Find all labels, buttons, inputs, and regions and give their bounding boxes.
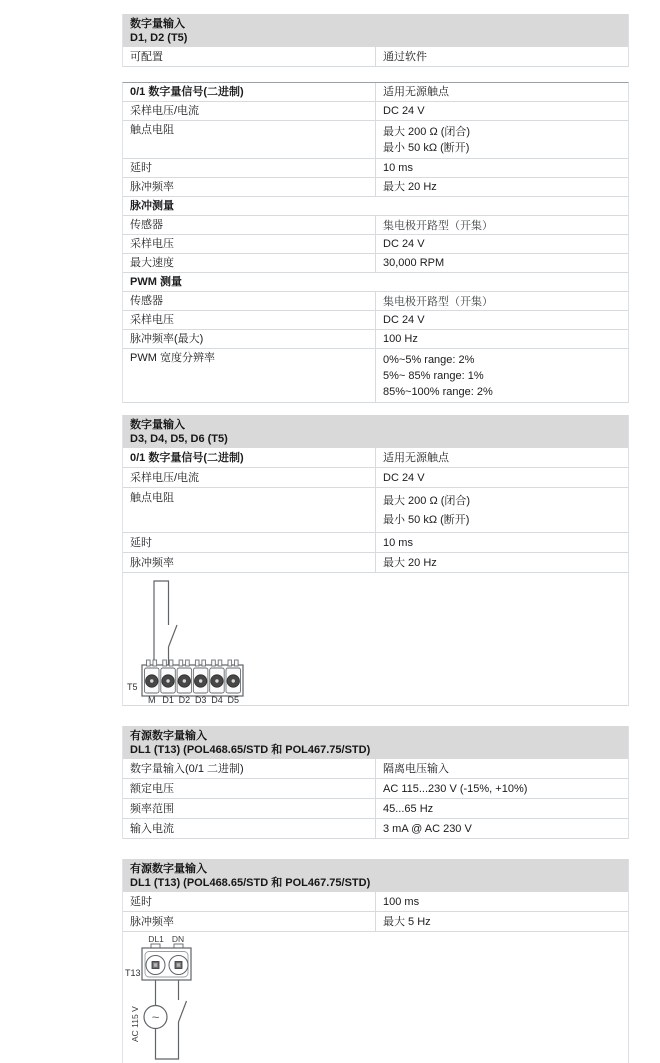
spec-table-active-digital-input-specs: 有源数字量输入DL1 (T13) (POL468.65/STD 和 POL467…	[122, 726, 629, 839]
pin-label-dn: DN	[172, 934, 184, 944]
row-label: 输入电流	[123, 819, 375, 838]
row-value: 集电极开路型（开集）	[375, 292, 628, 310]
row-value: 适用无源触点	[375, 448, 628, 467]
row-label: 脉冲频率	[123, 912, 375, 931]
table-title: 数字量输入	[130, 17, 621, 31]
value-line: 最大 20 Hz	[383, 181, 621, 194]
pin-label-d4: D4	[211, 695, 223, 705]
row-label: 延时	[123, 533, 375, 552]
row-label: 采样电压/电流	[123, 102, 375, 120]
value-line: 30,000 RPM	[383, 257, 621, 270]
t13-wiring-diagram: DL1 DN T13 ~ AC 115 V	[123, 932, 628, 1063]
row-label: 脉冲频率	[123, 553, 375, 572]
section-label: 脉冲测量	[123, 197, 628, 215]
section-label: PWM 测量	[123, 273, 628, 291]
row-value: 3 mA @ AC 230 V	[375, 819, 628, 838]
value-line: AC 115...230 V (-15%, +10%)	[383, 783, 621, 796]
row-value: 0%~5% range: 2%5%~ 85% range: 1%85%~100%…	[375, 349, 628, 402]
row-label: 延时	[123, 159, 375, 177]
value-line: 3 mA @ AC 230 V	[383, 823, 621, 836]
row-value: 45...65 Hz	[375, 799, 628, 818]
row-value: 10 ms	[375, 159, 628, 177]
pin-label-d3: D3	[195, 695, 207, 705]
table-row: PWM 宽度分辨率0%~5% range: 2%5%~ 85% range: 1…	[123, 349, 628, 403]
row-label: 传感器	[123, 216, 375, 234]
value-line: 集电极开路型（开集）	[383, 219, 621, 232]
table-row: 最大速度30,000 RPM	[123, 254, 628, 273]
table-row: 传感器集电极开路型（开集）	[123, 216, 628, 235]
t13-connector-label: T13	[125, 968, 141, 978]
table-row: 采样电压DC 24 V	[123, 235, 628, 254]
value-line: DC 24 V	[383, 238, 621, 251]
table-header: 数字量输入D1, D2 (T5)	[123, 14, 628, 47]
switch-contact-icon	[179, 1001, 187, 1022]
row-label: 可配置	[123, 47, 375, 66]
diagram-row-t13: DL1 DN T13 ~ AC 115 V	[123, 932, 628, 1063]
row-value: 100 ms	[375, 892, 628, 911]
table-row: 脉冲频率最大 20 Hz	[123, 178, 628, 197]
table-title: 有源数字量输入	[130, 729, 621, 743]
section-row: PWM 测量	[123, 273, 628, 292]
row-value: DC 24 V	[375, 468, 628, 487]
pin-label-d5: D5	[228, 695, 240, 705]
t5-connector-label: T5	[127, 682, 138, 692]
spec-table-digital-signal-binary: 0/1 数字量信号(二进制)适用无源触点采样电压/电流DC 24 V触点电阻最大…	[122, 82, 629, 403]
value-line: 通过软件	[383, 51, 621, 64]
value-line: 最大 20 Hz	[383, 557, 621, 570]
value-line: DC 24 V	[383, 105, 621, 118]
value-line: 最小 50 kΩ (断开)	[383, 140, 621, 156]
row-label: 脉冲频率	[123, 178, 375, 196]
row-value: 最大 20 Hz	[375, 178, 628, 196]
table-row: 频率范围45...65 Hz	[123, 799, 628, 819]
value-line: 最大 200 Ω (闭合)	[383, 124, 621, 140]
row-value: 30,000 RPM	[375, 254, 628, 272]
value-line: 隔离电压输入	[383, 763, 621, 776]
table-row: 传感器集电极开路型（开集）	[123, 292, 628, 311]
value-line: 最大 5 Hz	[383, 916, 621, 929]
table-row: 触点电阻最大 200 Ω (闭合)最小 50 kΩ (断开)	[123, 488, 628, 533]
row-label: 频率范围	[123, 799, 375, 818]
table-subtitle: DL1 (T13) (POL468.65/STD 和 POL467.75/STD…	[130, 743, 621, 757]
table-row: 额定电压AC 115...230 V (-15%, +10%)	[123, 779, 628, 799]
table-subtitle: DL1 (T13) (POL468.65/STD 和 POL467.75/STD…	[130, 876, 621, 890]
value-line: 5%~ 85% range: 1%	[383, 368, 621, 384]
table-row: 采样电压DC 24 V	[123, 311, 628, 330]
row-label: 延时	[123, 892, 375, 911]
row-value: 适用无源触点	[375, 83, 628, 101]
row-value: AC 115...230 V (-15%, +10%)	[375, 779, 628, 798]
row-label: 最大速度	[123, 254, 375, 272]
table-row: 0/1 数字量信号(二进制)适用无源触点	[123, 83, 628, 102]
ac-sine-symbol: ~	[152, 1010, 160, 1025]
table-row: 采样电压/电流DC 24 V	[123, 102, 628, 121]
spec-table-digital-input-d3-d6: 数字量输入D3, D4, D5, D6 (T5)0/1 数字量信号(二进制)适用…	[122, 415, 629, 706]
table-header: 数字量输入D3, D4, D5, D6 (T5)	[123, 415, 628, 448]
row-label: 传感器	[123, 292, 375, 310]
value-line: 100 Hz	[383, 333, 621, 346]
row-value: 最大 20 Hz	[375, 553, 628, 572]
row-value: DC 24 V	[375, 235, 628, 253]
table-row: 触点电阻最大 200 Ω (闭合)最小 50 kΩ (断开)	[123, 121, 628, 159]
row-label: 采样电压/电流	[123, 468, 375, 487]
value-line: 10 ms	[383, 537, 621, 550]
pin-label-d1: D1	[162, 695, 174, 705]
table-subtitle: D3, D4, D5, D6 (T5)	[130, 432, 621, 446]
table-row: 延时100 ms	[123, 892, 628, 912]
switch-contact-icon	[169, 625, 178, 647]
row-value: 最大 200 Ω (闭合)最小 50 kΩ (断开)	[375, 488, 628, 532]
value-line: 集电极开路型（开集）	[383, 295, 621, 308]
pin-label-m: M	[148, 695, 156, 705]
spec-tables: 数字量输入D1, D2 (T5)可配置通过软件0/1 数字量信号(二进制)适用无…	[122, 14, 660, 1063]
value-line: 最小 50 kΩ (断开)	[383, 511, 621, 530]
row-label: PWM 宽度分辨率	[123, 349, 375, 402]
table-row: 延时10 ms	[123, 533, 628, 553]
table-row: 脉冲频率(最大)100 Hz	[123, 330, 628, 349]
row-value: 10 ms	[375, 533, 628, 552]
datasheet-page: 数字量输入D1, D2 (T5)可配置通过软件0/1 数字量信号(二进制)适用无…	[0, 0, 660, 1063]
row-label: 额定电压	[123, 779, 375, 798]
row-label: 数字量输入(0/1 二进制)	[123, 759, 375, 778]
row-label: 采样电压	[123, 235, 375, 253]
t13-connector	[142, 944, 191, 980]
row-label: 0/1 数字量信号(二进制)	[123, 83, 375, 101]
value-line: 适用无源触点	[383, 86, 621, 99]
section-row: 脉冲测量	[123, 197, 628, 216]
ac-supply-circuit-wires	[144, 980, 187, 1059]
row-value: 隔离电压输入	[375, 759, 628, 778]
value-line: DC 24 V	[383, 314, 621, 327]
row-value: DC 24 V	[375, 102, 628, 120]
table-header: 有源数字量输入DL1 (T13) (POL468.65/STD 和 POL467…	[123, 859, 628, 892]
table-row: 数字量输入(0/1 二进制)隔离电压输入	[123, 759, 628, 779]
row-value: DC 24 V	[375, 311, 628, 329]
table-header: 有源数字量输入DL1 (T13) (POL468.65/STD 和 POL467…	[123, 726, 628, 759]
row-value: 通过软件	[375, 47, 628, 66]
value-line: 85%~100% range: 2%	[383, 384, 621, 400]
table-subtitle: D1, D2 (T5)	[130, 31, 621, 45]
value-line: 100 ms	[383, 896, 621, 909]
row-label: 脉冲频率(最大)	[123, 330, 375, 348]
table-row: 脉冲频率最大 5 Hz	[123, 912, 628, 932]
table-row: 脉冲频率最大 20 Hz	[123, 553, 628, 573]
table-row: 0/1 数字量信号(二进制)适用无源触点	[123, 448, 628, 468]
value-line: DC 24 V	[383, 472, 621, 485]
value-line: 最大 200 Ω (闭合)	[383, 492, 621, 511]
volt-free-contact-wires	[154, 581, 177, 666]
t5-connector	[142, 660, 243, 696]
row-value: 100 Hz	[375, 330, 628, 348]
table-row: 采样电压/电流DC 24 V	[123, 468, 628, 488]
value-line: 0%~5% range: 2%	[383, 352, 621, 368]
pin-label-d2: D2	[179, 695, 191, 705]
spec-table-digital-input-d1-d2: 数字量输入D1, D2 (T5)可配置通过软件	[122, 14, 629, 67]
table-title: 有源数字量输入	[130, 862, 621, 876]
value-line: 45...65 Hz	[383, 803, 621, 816]
table-title: 数字量输入	[130, 418, 621, 432]
row-label: 触点电阻	[123, 121, 375, 158]
row-label: 采样电压	[123, 311, 375, 329]
row-value: 最大 5 Hz	[375, 912, 628, 931]
table-row: 可配置通过软件	[123, 47, 628, 67]
row-label: 触点电阻	[123, 488, 375, 532]
ac-voltage-label: AC 115 V	[130, 1006, 140, 1042]
table-row: 输入电流3 mA @ AC 230 V	[123, 819, 628, 839]
table-row: 延时10 ms	[123, 159, 628, 178]
spec-table-active-digital-input-timing: 有源数字量输入DL1 (T13) (POL468.65/STD 和 POL467…	[122, 859, 629, 1063]
value-line: 适用无源触点	[383, 452, 621, 465]
row-value: 集电极开路型（开集）	[375, 216, 628, 234]
t5-wiring-diagram: T5 M D1 D2 D3 D4 D5	[123, 573, 628, 705]
value-line: 10 ms	[383, 162, 621, 175]
t13-pin-labels: DL1 DN	[148, 934, 184, 944]
row-label: 0/1 数字量信号(二进制)	[123, 448, 375, 467]
pin-label-dl1: DL1	[148, 934, 164, 944]
row-value: 最大 200 Ω (闭合)最小 50 kΩ (断开)	[375, 121, 628, 158]
diagram-row-t5: T5 M D1 D2 D3 D4 D5	[123, 573, 628, 706]
